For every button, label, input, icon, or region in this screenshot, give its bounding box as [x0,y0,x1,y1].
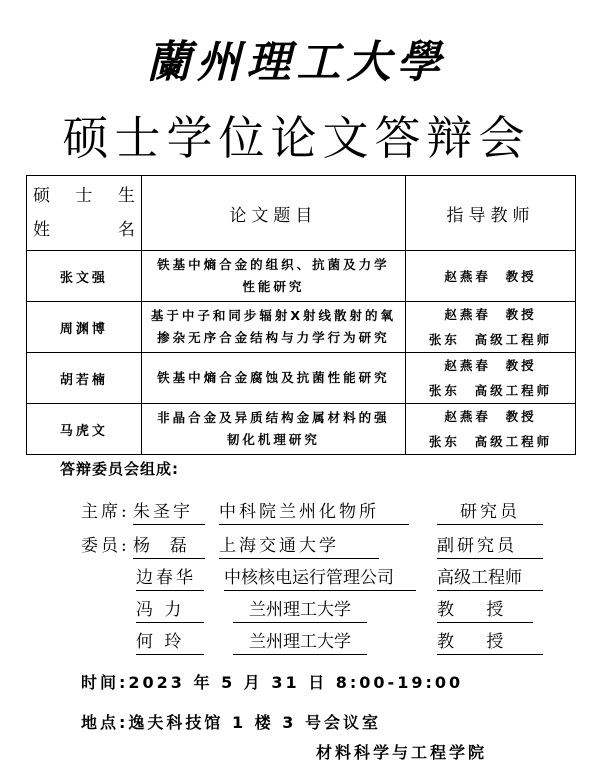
member-org: 中核核电运行管理公司 [224,566,416,591]
header-thesis-title: 论文题目 [141,176,405,251]
member-org: 中科院兰州化物所 [219,500,409,525]
member-org: 兰州理工大学 [233,630,367,655]
member-label: 委员: [81,534,130,558]
time-value: 2023 年 5 月 31 日 8:00-19:00 [128,673,463,692]
thesis-title: 基于中子和同步辐射X射线散射的氧 掺杂无序合金结构与力学行为研究 [141,302,405,353]
defense-time: 时间:2023 年 5 月 31 日 8:00-19:00 [81,670,463,693]
page-title: 硕士学位论文答辩会 [0,108,593,168]
advisors: 赵燕春 教授 张东 高级工程师 [405,353,575,404]
member-name: 朱圣宇 [133,500,205,525]
advisor-entry: 赵燕春 教授 [406,302,575,327]
member-title: 教 授 [437,630,543,655]
thesis-title: 铁基中熵合金腐蚀及抗菌性能研究 [141,353,405,404]
table-row: 张文强 铁基中熵合金的组织、抗菌及力学 性能研究 赵燕春 教授 [27,251,576,302]
advisors: 赵燕春 教授 张东 高级工程师 [405,404,575,455]
member-name: 杨 磊 [133,534,205,559]
header-char: 士 [75,179,92,213]
member-name: 何 玲 [136,630,204,655]
header-char: 硕 [33,179,50,213]
header-char: 名 [118,213,135,247]
place-label: 地点: [81,713,128,732]
thesis-title: 铁基中熵合金的组织、抗菌及力学 性能研究 [141,251,405,302]
thesis-title-line: 掺杂无序合金结构与力学行为研究 [142,327,405,349]
university-logo-calligraphy: 蘭州理工大學 [0,38,593,88]
student-name: 张文强 [27,251,142,302]
advisor-entry: 赵燕春 教授 [406,353,575,378]
advisors: 赵燕春 教授 [405,251,575,302]
thesis-title-line: 基于中子和同步辐射X射线散射的氧 [142,305,405,327]
member-title: 教 授 [437,598,533,623]
table-header-row: 硕 士 生 姓 名 论文题目 指导教师 [27,176,576,251]
place-value: 逸夫科技馆 1 楼 3 号会议室 [128,713,381,732]
member-org: 上海交通大学 [219,534,379,559]
header-char: 姓 [33,213,50,247]
advisor-entry: 赵燕春 教授 [406,404,575,429]
table-row: 马虎文 非晶合金及异质结构金属材料的强 韧化机理研究 赵燕春 教授 张东 高级工… [27,404,576,455]
student-name: 马虎文 [27,404,142,455]
advisor-entry: 张东 高级工程师 [406,378,575,403]
header-student-name: 硕 士 生 姓 名 [27,176,142,251]
header-char: 生 [118,179,135,213]
member-org: 兰州理工大学 [233,598,367,623]
thesis-title-line: 非晶合金及异质结构金属材料的强 [142,407,405,429]
table-row: 胡若楠 铁基中熵合金腐蚀及抗菌性能研究 赵燕春 教授 张东 高级工程师 [27,353,576,404]
chair-label: 主席: [81,500,130,524]
member-name: 冯 力 [136,598,204,623]
defense-schedule-table: 硕 士 生 姓 名 论文题目 指导教师 张文强 铁基中熵合金的组织、抗菌及力学 … [26,175,576,455]
thesis-title-line: 韧化机理研究 [142,429,405,451]
advisor-entry: 赵燕春 教授 [406,264,575,289]
member-name: 边春华 [136,566,204,591]
committee-heading: 答辩委员会组成: [60,458,179,479]
defense-location: 地点:逸夫科技馆 1 楼 3 号会议室 [81,710,381,733]
advisor-entry: 张东 高级工程师 [406,429,575,454]
thesis-title-line: 铁基中熵合金的组织、抗菌及力学 [142,254,405,276]
thesis-title-line: 铁基中熵合金腐蚀及抗菌性能研究 [142,367,405,389]
student-name: 胡若楠 [27,353,142,404]
member-title: 副研究员 [437,534,543,559]
student-name: 周渊博 [27,302,142,353]
thesis-title: 非晶合金及异质结构金属材料的强 韧化机理研究 [141,404,405,455]
header-advisor: 指导教师 [405,176,575,251]
member-title: 高级工程师 [437,566,543,591]
advisor-entry: 张东 高级工程师 [406,327,575,352]
time-label: 时间: [81,673,128,692]
organizer: 材料科学与工程学院 [316,740,487,763]
member-title: 研究员 [437,500,543,525]
advisors: 赵燕春 教授 张东 高级工程师 [405,302,575,353]
thesis-title-line: 性能研究 [142,276,405,298]
table-row: 周渊博 基于中子和同步辐射X射线散射的氧 掺杂无序合金结构与力学行为研究 赵燕春… [27,302,576,353]
